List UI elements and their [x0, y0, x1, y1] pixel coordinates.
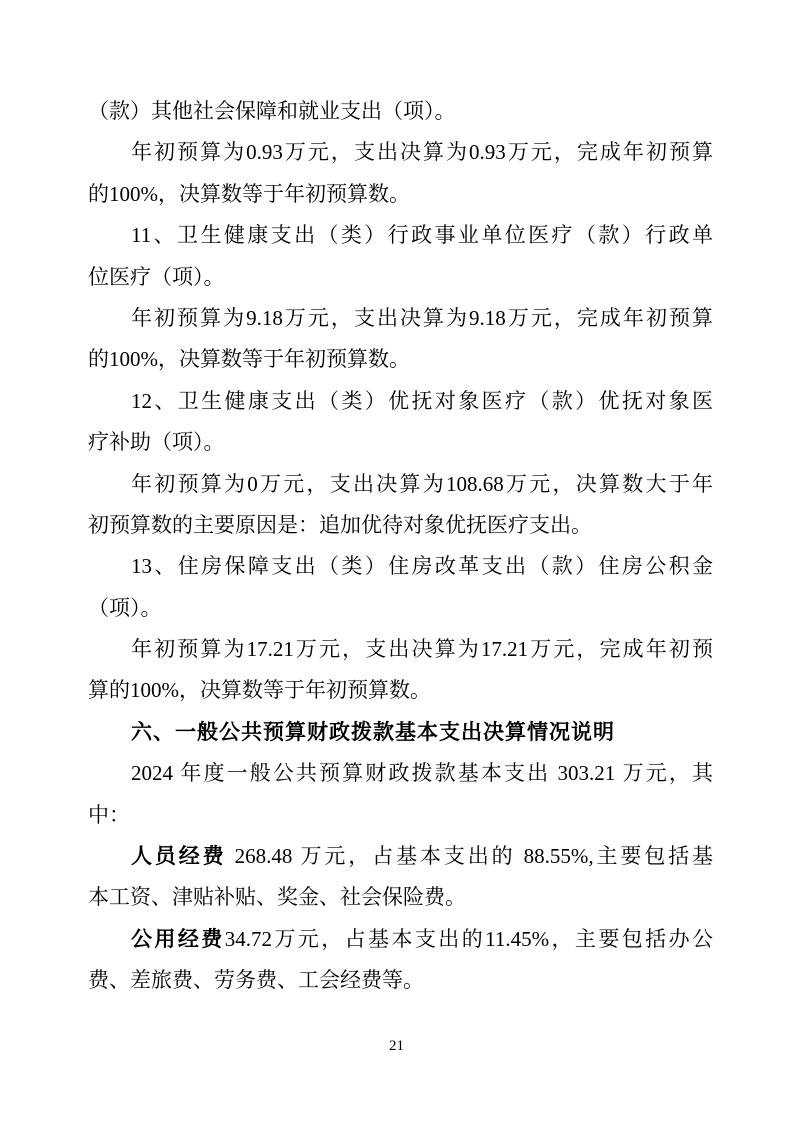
text-run: 年初预算为9.18万元，支出决算为9.18万元，完成年初预算	[131, 306, 713, 330]
text-line: （款）其他社会保障和就业支出（项）。	[88, 91, 713, 132]
text-line: 的100%，决算数等于年初预算数。	[88, 174, 713, 215]
text-line: 初预算数的主要原因是：追加优待对象优抚医疗支出。	[88, 505, 713, 546]
text-run: 13、住房保障支出（类）住房改革支出（款）住房公积金	[131, 554, 713, 578]
text-run: 初预算数的主要原因是：追加优待对象优抚医疗支出。	[88, 513, 592, 537]
text-run: 11、卫生健康支出（类）行政事业单位医疗（款）行政单	[131, 223, 713, 247]
text-line: 本工资、津贴补贴、奖金、社会保险费。	[88, 877, 713, 918]
text-line: 公用经费34.72万元，占基本支出的11.45%，主要包括办公	[88, 919, 713, 960]
text-run: 12、卫生健康支出（类）优抚对象医疗（款）优抚对象医	[131, 389, 713, 413]
document-page: （款）其他社会保障和就业支出（项）。年初预算为0.93万元，支出决算为0.93万…	[0, 0, 793, 1122]
text-line: 2024 年度一般公共预算财政拨款基本支出 303.21 万元，其	[88, 753, 713, 794]
text-line: 11、卫生健康支出（类）行政事业单位医疗（款）行政单	[88, 215, 713, 256]
text-line: 位医疗（项）。	[88, 257, 713, 298]
text-line: 年初预算为17.21万元，支出决算为17.21万元，完成年初预	[88, 629, 713, 670]
page-number: 21	[0, 1038, 793, 1055]
text-run: 本工资、津贴补贴、奖金、社会保险费。	[88, 885, 466, 909]
text-line: 疗补助（项）。	[88, 422, 713, 463]
text-run: 2024 年度一般公共预算财政拨款基本支出 303.21 万元，其	[131, 761, 713, 785]
text-run: 算的100%，决算数等于年初预算数。	[88, 678, 431, 702]
text-line: 年初预算为0.93万元，支出决算为0.93万元，完成年初预算	[88, 132, 713, 173]
text-run: 费、差旅费、劳务费、工会经费等。	[88, 968, 424, 992]
document-body: （款）其他社会保障和就业支出（项）。年初预算为0.93万元，支出决算为0.93万…	[88, 91, 713, 1002]
text-line: 的100%，决算数等于年初预算数。	[88, 339, 713, 380]
section-heading: 六、一般公共预算财政拨款基本支出决算情况说明	[88, 712, 713, 753]
text-line: （项）。	[88, 588, 713, 629]
text-line: 人员经费 268.48 万元，占基本支出的 88.55%,主要包括基	[88, 836, 713, 877]
text-run: 的100%，决算数等于年初预算数。	[88, 347, 410, 371]
bold-emphasis: 人员经费	[131, 845, 227, 868]
text-run: 年初预算为0.93万元，支出决算为0.93万元，完成年初预算	[131, 140, 713, 164]
text-line: 年初预算为0万元，支出决算为108.68万元，决算数大于年	[88, 464, 713, 505]
text-run: 年初预算为0万元，支出决算为108.68万元，决算数大于年	[131, 472, 713, 496]
bold-emphasis: 六、一般公共预算财政拨款基本支出决算情况说明	[131, 721, 615, 744]
text-line: 年初预算为9.18万元，支出决算为9.18万元，完成年初预算	[88, 298, 713, 339]
bold-emphasis: 公用经费	[131, 928, 225, 951]
text-run: 位医疗（项）。	[88, 265, 225, 289]
text-line: 费、差旅费、劳务费、工会经费等。	[88, 960, 713, 1001]
text-run: 34.72万元，占基本支出的11.45%，主要包括办公	[225, 927, 713, 951]
text-run: 中：	[88, 803, 130, 827]
text-run: 的100%，决算数等于年初预算数。	[88, 182, 410, 206]
text-run: 疗补助（项）。	[88, 430, 225, 454]
text-line: 中：	[88, 795, 713, 836]
text-line: 12、卫生健康支出（类）优抚对象医疗（款）优抚对象医	[88, 381, 713, 422]
text-line: 13、住房保障支出（类）住房改革支出（款）住房公积金	[88, 546, 713, 587]
text-run: （项）。	[88, 596, 162, 620]
text-run: 年初预算为17.21万元，支出决算为17.21万元，完成年初预	[131, 637, 713, 661]
text-run: 268.48 万元，占基本支出的 88.55%,主要包括基	[227, 844, 713, 868]
text-run: （款）其他社会保障和就业支出（项）。	[88, 99, 456, 123]
text-line: 算的100%，决算数等于年初预算数。	[88, 670, 713, 711]
